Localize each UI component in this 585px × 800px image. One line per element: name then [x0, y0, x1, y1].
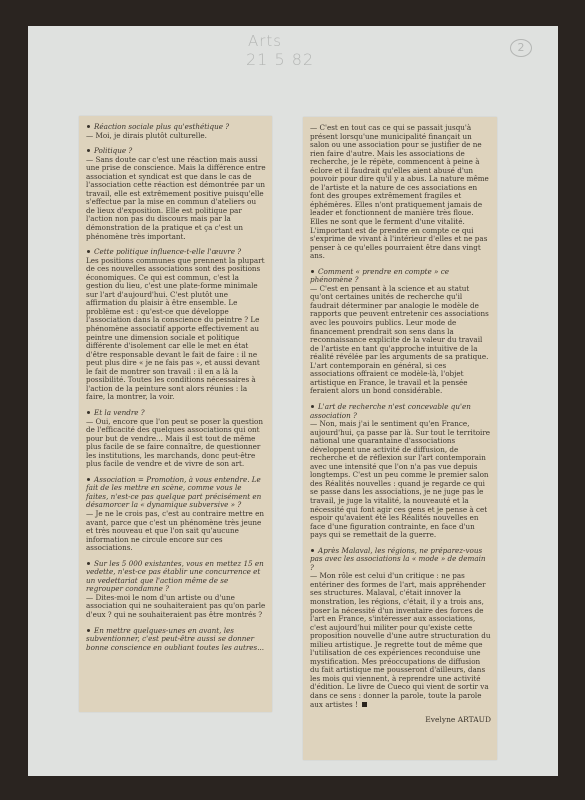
handwritten-date: 21 5 82 — [246, 50, 314, 69]
interview-answer: — C'est en tout cas ce qui se passait ju… — [310, 124, 491, 261]
bullet-icon — [311, 549, 314, 552]
interview-answer: — C'est en pensant à la science et au st… — [310, 285, 491, 396]
archive-sheet: Arts 21 5 82 2 Réaction sociale plus qu'… — [28, 26, 558, 776]
interview-question: L'art de recherche n'est concevable qu'e… — [310, 403, 491, 420]
bullet-icon — [87, 562, 90, 565]
interview-answer: — Non, mais j'ai le sentiment qu'en Fran… — [310, 420, 491, 540]
interview-question: Sur les 5 000 existantes, vous en mettez… — [86, 560, 266, 594]
interview-answer: — Je ne le crois pas, c'est au contraire… — [86, 510, 266, 553]
interview-block: Sur les 5 000 existantes, vous en mettez… — [86, 560, 266, 620]
interview-block: — C'est en tout cas ce qui se passait ju… — [310, 124, 491, 261]
interview-block: Cette politique influence-t-elle l'œuvre… — [86, 248, 266, 402]
interview-block: L'art de recherche n'est concevable qu'e… — [310, 403, 491, 540]
interview-block: Et la vendre ?— Oui, encore que l'on peu… — [86, 409, 266, 469]
bullet-icon — [311, 405, 314, 408]
interview-answer: Les positions communes que prennent la p… — [86, 257, 266, 402]
bullet-icon — [87, 149, 90, 152]
interview-block: Politique ?— Sans doute car c'est une ré… — [86, 147, 266, 241]
clipping-right-column: — C'est en tout cas ce qui se passait ju… — [303, 117, 497, 760]
interview-block: Comment « prendre en compte » ce phénomè… — [310, 268, 491, 396]
page-number: 2 — [510, 39, 532, 57]
bullet-icon — [87, 250, 90, 253]
interview-question: Comment « prendre en compte » ce phénomè… — [310, 268, 491, 285]
interview-answer: — Oui, encore que l'on peut se poser la … — [86, 418, 266, 469]
interview-answer: — Mon rôle est celui d'un critique : ne … — [310, 572, 491, 709]
bullet-icon — [87, 411, 90, 414]
interview-question: En mettre quelques-unes en avant, les su… — [86, 627, 266, 653]
bullet-icon — [87, 629, 90, 632]
author-signature: Evelyne ARTAUD — [310, 716, 491, 725]
bullet-icon — [87, 125, 90, 128]
interview-answer: — Dites-moi le nom d'un artiste ou d'une… — [86, 594, 266, 620]
interview-answer: — Moi, je dirais plutôt culturelle. — [86, 132, 266, 141]
bullet-icon — [87, 478, 90, 481]
clipping-left-column: Réaction sociale plus qu'esthétique ?— M… — [79, 116, 272, 712]
interview-block: Réaction sociale plus qu'esthétique ?— M… — [86, 123, 266, 140]
interview-question: Association = Promotion, à vous entendre… — [86, 476, 266, 510]
interview-block: Après Malaval, les régions, ne préparez-… — [310, 547, 491, 709]
handwritten-title: Arts — [248, 32, 282, 50]
interview-block: Association = Promotion, à vous entendre… — [86, 476, 266, 553]
interview-block: En mettre quelques-unes en avant, les su… — [86, 627, 266, 653]
interview-question: Après Malaval, les régions, ne préparez-… — [310, 547, 491, 573]
interview-answer: — Sans doute car c'est une réaction mais… — [86, 156, 266, 241]
end-mark-icon — [362, 702, 367, 707]
bullet-icon — [311, 270, 314, 273]
